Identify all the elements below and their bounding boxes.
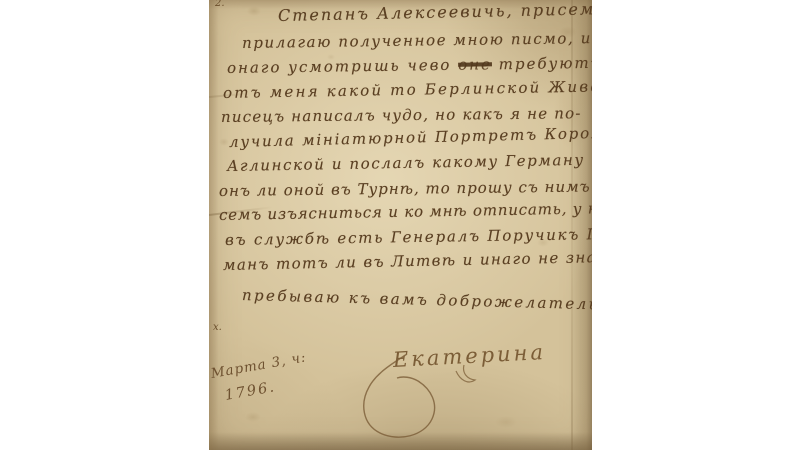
line-3-pre: онаго усмотришь чево [227, 56, 458, 77]
stain-spot [247, 6, 261, 16]
manuscript-line-5: писецъ написалъ чудо, но какъ я не по- [221, 104, 582, 126]
manuscript-photo: 2. х. Степанъ Алексеевичь, присемъ прила… [209, 0, 592, 450]
signature: Екатерина [392, 340, 546, 372]
manuscript-line-4: отъ меня какой то Берлинской Живо- [223, 77, 592, 102]
manuscript-line-9: семъ изъясниться и ко мнѣ отписать, у на… [219, 199, 592, 224]
manuscript-line-10: въ службѣ есть Генералъ Поручикъ Гер- [225, 225, 592, 249]
manuscript-line-1: Степанъ Алексеевичь, присемъ [278, 0, 592, 25]
page-background: { "manuscript": { "corner_mark": "2.", "… [0, 0, 800, 450]
manuscript-line-12: пребываю къ вамъ доброжелательна [242, 286, 592, 314]
manuscript-line-6: лучила мініатюрной Портретъ Королевы [229, 123, 592, 151]
manuscript-line-8: онъ ли оной въ Турнѣ, то прошу съ нимъ о [219, 177, 592, 200]
manuscript-line-3: онаго усмотришь чево оне требуютъ [227, 54, 592, 77]
manuscript-line-11: манъ тотъ ли въ Литвѣ и инаго не знаю [223, 248, 592, 274]
stain-spot [495, 416, 517, 428]
struck-word: оне [458, 55, 492, 73]
margin-mark: х. [213, 322, 222, 333]
line-3-post: требуютъ [492, 54, 592, 74]
manuscript-line-2: прилагаю полученное мною писмо, изъ [242, 29, 592, 52]
stain-spot [245, 412, 261, 422]
stain-spot [219, 138, 229, 146]
manuscript-line-7: Аглинской и послалъ какому Герману [227, 151, 585, 175]
date-line: Марта 3, ч: [210, 349, 308, 382]
year-line: 1796. [224, 379, 278, 404]
photo-stage: 2. х. Степанъ Алексеевичь, присемъ прила… [0, 0, 800, 450]
corner-mark: 2. [215, 0, 225, 9]
